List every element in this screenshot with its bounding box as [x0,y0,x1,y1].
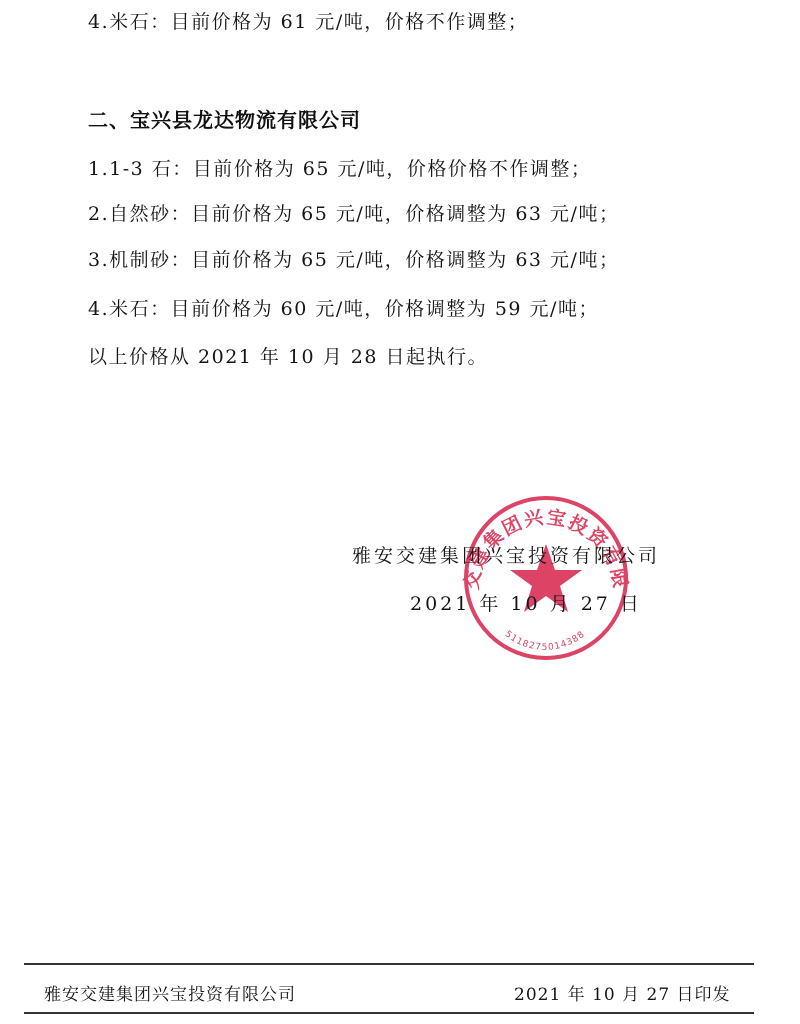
svg-text:5118275014388: 5118275014388 [503,629,588,652]
section2-item-1: 1.1-3 石：目前价格为 65 元/吨，价格价格不作调整； [88,157,591,181]
section2-item-3: 3.机制砂：目前价格为 65 元/吨，价格调整为 63 元/吨； [88,248,619,272]
footer-issue-date: 2021 年 10 月 27 日印发 [514,980,731,1005]
footer-top-rule [24,963,754,965]
section2-item-4: 4.米石：目前价格为 60 元/吨，价格调整为 59 元/吨； [88,297,599,321]
effective-date-note: 以上价格从 2021 年 10 月 28 日起执行。 [88,345,488,369]
section2-item-2: 2.自然砂：目前价格为 65 元/吨，价格调整为 63 元/吨； [88,202,619,226]
signature-date: 2021 年 10 月 27 日 [410,589,642,616]
section2-heading: 二、宝兴县龙达物流有限公司 [88,104,361,133]
company-seal-stamp: 雅安交建集团兴宝投资有限公司 5118275014388 [448,492,640,664]
section1-item-4: 4.米石：目前价格为 61 元/吨，价格不作调整； [88,10,528,34]
footer-issuer: 雅安交建集团兴宝投资有限公司 [44,980,296,1005]
footer-bottom-rule [24,1012,754,1014]
signature-company: 雅安交建集团兴宝投资有限公司 [352,541,660,568]
